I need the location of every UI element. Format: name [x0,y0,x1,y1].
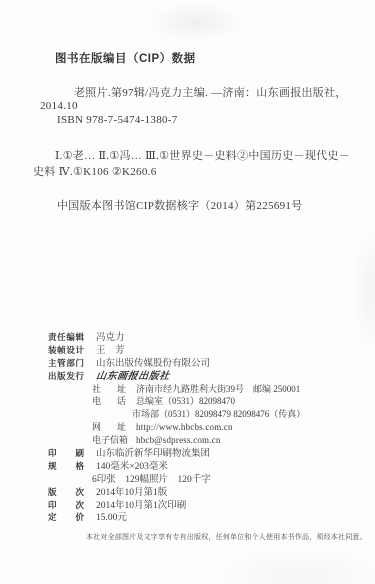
row-phone-2: 市场部（0531）82098479 82098476（传真） [0,407,375,420]
publisher-signature: 山东画报出版社 [95,371,170,384]
row-value: 冯克力 [96,333,125,343]
row-label: 版次 [48,486,84,499]
row-label: 定价 [48,511,84,524]
row-format-2: 6印张 129幅照片 120千字 [0,472,375,485]
cip-classification-line2: 史料 Ⅳ.①K106 ②K260.6 [33,163,157,179]
row-label: 装帧设计 [48,344,84,357]
row-publisher: 出版发行 山东画报出版社 [0,369,375,382]
cip-entry-line1: 老照片.第97辑/冯克力主编. —济南：山东画报出版社， [74,84,347,100]
row-website: 网址 http://www.hbcbs.com.cn [0,420,375,433]
cip-header: 图书在版编目（CIP）数据 [55,50,196,66]
row-value: 2014年10月第1版 [96,488,167,498]
row-value: 王 芳 [96,346,125,356]
row-phone: 电话 总编室（0531）82098470 [0,394,375,407]
row-value: 6印张 129幅照片 120千字 [92,475,211,485]
cip-classification-line1: Ⅰ.①老… Ⅱ.①冯… Ⅲ.①世界史－史料②中国历史－现代史－ [55,147,350,163]
row-format: 规格 140毫米×203毫米 [0,459,375,472]
book-copyright-page: 图书在版编目（CIP）数据 老照片.第97辑/冯克力主编. —济南：山东画报出版… [0,0,375,584]
row-value: 140毫米×203毫米 [96,462,168,472]
row-label: 主管部门 [48,357,84,370]
row-supervisor: 主管部门 山东出版传媒股份有限公司 [0,356,375,369]
row-impression: 印次 2014年10月第1次印刷 [0,498,375,511]
row-value: 山东临沂新华印刷物流集团 [96,449,210,459]
row-label: 责任编辑 [48,331,84,344]
row-value: 山东出版传媒股份有限公司 [96,359,210,369]
row-edition: 版次 2014年10月第1版 [0,485,375,498]
cip-entry-line2: 2014.10 [40,100,78,112]
copyright-notice: 本社对全部图片及文字享有专有出版权，任何单位和个人使用本书作品，须经本社同意。 [86,532,367,542]
cip-record-number: 中国版本图书馆CIP数据核字（2014）第225691号 [57,197,303,213]
row-value: 济南市经九路胜利大街39号 邮编 250001 [136,384,300,394]
row-label: 印刷 [48,447,84,460]
row-value: 15.00元 [96,513,127,523]
row-email: 电子信箱 hbcb@sdpress.com.cn [0,433,375,446]
row-price: 定价 15.00元 [0,510,375,523]
row-address: 社址 济南市经九路胜利大街39号 邮编 250001 [0,382,375,395]
colophon-section: 责任编辑 冯克力 装帧设计 王 芳 主管部门 山东出版传媒股份有限公司 出版发行… [0,330,375,523]
row-label: 出版发行 [48,370,84,383]
row-value: 市场部（0531）82098479 82098476（传真） [132,409,305,419]
row-editor: 责任编辑 冯克力 [0,330,375,343]
isbn-number: ISBN 978-7-5474-1380-7 [57,114,178,126]
row-printer: 印刷 山东临沂新华印刷物流集团 [0,446,375,459]
website-url: http://www.hbcbs.com.cn [136,422,233,432]
email-address: hbcb@sdpress.com.cn [136,435,221,445]
row-designer: 装帧设计 王 芳 [0,343,375,356]
row-value: 2014年10月第1次印刷 [96,501,186,511]
row-value: 总编室（0531）82098470 [136,396,235,406]
row-label: 规格 [48,460,84,473]
